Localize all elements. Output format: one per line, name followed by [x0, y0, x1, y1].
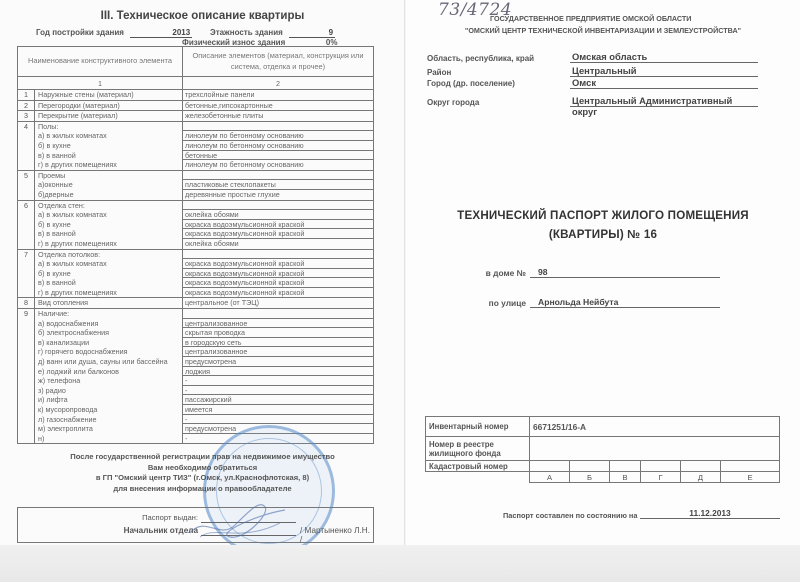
- floors-field: Этажность здания 9: [210, 28, 335, 38]
- row-value: бетонные,гипсокартонные: [183, 101, 373, 111]
- row-title: Проемы: [38, 171, 179, 181]
- table-row: 1 Наружные стены (материал) трехслойные …: [18, 90, 374, 101]
- row-value: окраска водоэмульсионной краской: [183, 269, 373, 279]
- year-built-field: Год постройки здания 2013: [36, 28, 192, 38]
- row-name: Полы: а) в жилых комнатах б) в кухне в) …: [35, 121, 183, 170]
- cadastral-row: Кадастровый номер: [426, 461, 780, 472]
- row-sub: б) электроснабжения: [38, 328, 179, 338]
- table-row: 4 Полы: а) в жилых комнатах б) в кухне в…: [18, 121, 374, 170]
- scan-bottom-edge: [0, 545, 800, 582]
- row-value: бетонные: [183, 151, 373, 161]
- cadastral-letters-row: А Б В Г Д Е: [426, 472, 780, 483]
- row-number: 5: [18, 170, 35, 200]
- row-value: пластиковые стеклопакеты: [183, 180, 373, 190]
- row-name: Отделка потолков: а) в жилых комнатах б)…: [35, 249, 183, 298]
- row-value: пассажирский: [183, 395, 373, 405]
- table-row: 8 Вид отопления центральное (от ТЭЦ): [18, 298, 374, 309]
- registration-notice: После государственной регистрации прав н…: [0, 452, 405, 494]
- okrug-value: Центральный Административный округ: [570, 95, 758, 107]
- row-number: 4: [18, 121, 35, 170]
- row-value: [183, 250, 373, 260]
- signature-icon: [185, 495, 295, 545]
- row-sub: в) в ванной: [38, 229, 179, 239]
- row-sub: в) в ванной: [38, 151, 179, 161]
- row-number: 9: [18, 309, 35, 444]
- floors-value: 9: [289, 28, 335, 38]
- row-number: 3: [18, 111, 35, 122]
- row-value: предусмотрена: [183, 357, 373, 367]
- col1-number: 1: [18, 77, 183, 90]
- row-sub: в) в ванной: [38, 278, 179, 288]
- row-value: оклейка обоями: [183, 210, 373, 220]
- row-name: Перегородки (материал): [35, 100, 183, 111]
- district-value: Центральный: [570, 65, 758, 77]
- row-sub: б) в кухне: [38, 220, 179, 230]
- registry-row: Номер в реестре жилищного фонда: [426, 437, 780, 461]
- row-number: 7: [18, 249, 35, 298]
- year-built-label: Год постройки здания: [36, 28, 124, 37]
- row-name: Перекрытие (материал): [35, 111, 183, 122]
- letter-d: Д: [681, 472, 721, 483]
- as-of-label: Паспорт составлен по состоянию на: [503, 511, 638, 520]
- row-sub: ж) телефона: [38, 376, 179, 386]
- registry-value: [530, 437, 780, 461]
- inventory-table: Инвентарный номер 6671251/16-А Номер в р…: [425, 416, 780, 483]
- letter-b: Б: [570, 472, 610, 483]
- col2-header: Описание элементов (материал, конструкци…: [183, 47, 374, 77]
- table-row: 3 Перекрытие (материал) железобетонные п…: [18, 111, 374, 122]
- signer-name: / Мартыненко Л.Н. /: [300, 526, 373, 544]
- letter-g: Г: [641, 472, 681, 483]
- cadastral-cell: [721, 461, 780, 472]
- house-value: 98: [530, 267, 720, 278]
- row-value: [183, 309, 373, 319]
- cadastral-cell: [570, 461, 610, 472]
- title-line-2: (КВАРТИРЫ) № 16: [406, 225, 800, 244]
- region-label: Область, республика, край: [427, 54, 534, 63]
- chief-label: Начальник отдела: [103, 526, 198, 535]
- row-sub: н): [38, 434, 179, 444]
- floors-label: Этажность здания: [210, 28, 283, 37]
- table-row: 9 Наличие: а) водоснабжения б) электросн…: [18, 309, 374, 444]
- row-name: Отделка стен: а) в жилых комнатах б) в к…: [35, 200, 183, 249]
- row-sub: а) в жилых комнатах: [38, 259, 179, 269]
- row-sub: г) в других помещениях: [38, 288, 179, 298]
- inventory-label: Инвентарный номер: [426, 417, 530, 437]
- row-value: железобетонные плиты: [183, 111, 373, 121]
- org-line-2: "ОМСКИЙ ЦЕНТР ТЕХНИЧЕСКОЙ ИНВЕНТАРИЗАЦИИ…: [406, 26, 800, 35]
- cadastral-cell: [681, 461, 721, 472]
- cadastral-cell: [610, 461, 641, 472]
- row-number: 1: [18, 90, 35, 101]
- inventory-row: Инвентарный номер 6671251/16-А: [426, 417, 780, 437]
- row-sub: б) в кухне: [38, 141, 179, 151]
- row-title: Наличие:: [38, 309, 179, 319]
- row-name: Наличие: а) водоснабжения б) электроснаб…: [35, 309, 183, 444]
- row-sub: к) мусоропровода: [38, 405, 179, 415]
- cadastral-cell: [641, 461, 681, 472]
- row-value: окраска водоэмульсионной краской: [183, 229, 373, 239]
- row-value: [183, 171, 373, 181]
- row-sub: м) электроплита: [38, 424, 179, 434]
- row-value: в городскую сеть: [183, 338, 373, 348]
- letter-v: В: [610, 472, 641, 483]
- notice-line: для внесения информации о правообладател…: [0, 484, 405, 495]
- table-row: 7 Отделка потолков: а) в жилых комнатах …: [18, 249, 374, 298]
- notice-line: в ГП "Омский центр ТИЗ" (г.Омск, ул.Крас…: [0, 473, 405, 484]
- notice-line: Вам необходимо обратиться: [0, 463, 405, 474]
- row-sub: з) радио: [38, 386, 179, 396]
- row-value: окраска водоэмульсионной краской: [183, 220, 373, 230]
- letter-a: А: [530, 472, 570, 483]
- row-value: централизованное: [183, 347, 373, 357]
- row-value: центральное (от ТЭЦ): [183, 298, 373, 308]
- col2-number: 2: [183, 77, 374, 90]
- row-value: скрытая проводка: [183, 328, 373, 338]
- row-title: Отделка потолков:: [38, 250, 179, 260]
- row-value: [183, 122, 373, 132]
- table-row: 2 Перегородки (материал) бетонные,гипсок…: [18, 100, 374, 111]
- okrug-label: Округ города: [427, 98, 479, 107]
- row-value: оклейка обоями: [183, 239, 373, 249]
- row-number: 8: [18, 298, 35, 309]
- registry-label: Номер в реестре жилищного фонда: [426, 437, 530, 461]
- row-sub: е) лоджий или балконов: [38, 367, 179, 377]
- description-table: Наименование конструктивного элемента Оп…: [17, 46, 374, 444]
- row-value: лоджия: [183, 367, 373, 377]
- row-name: Вид отопления: [35, 298, 183, 309]
- row-number: 2: [18, 100, 35, 111]
- row-sub: г) в других помещениях: [38, 160, 179, 170]
- row-value: линолеум по бетонному основанию: [183, 141, 373, 151]
- street-value: Арнольда Нейбута: [530, 297, 720, 308]
- row-sub: д) ванн или душа, сауны или бассейна: [38, 357, 179, 367]
- city-value: Омск: [570, 77, 758, 89]
- as-of-date: 11.12.2013: [640, 508, 780, 519]
- row-name: Наружные стены (материал): [35, 90, 183, 101]
- passport-title: ТЕХНИЧЕСКИЙ ПАСПОРТ ЖИЛОГО ПОМЕЩЕНИЯ (КВ…: [406, 206, 800, 244]
- street-label: по улице: [470, 298, 526, 308]
- left-page: III. Техническое описание квартиры Год п…: [0, 0, 405, 582]
- row-value: -: [183, 386, 373, 396]
- section-title: III. Техническое описание квартиры: [0, 10, 405, 22]
- row-name: Проемы а)оконные б)дверные: [35, 170, 183, 200]
- row-value: линолеум по бетонному основанию: [183, 160, 373, 170]
- row-sub: а) в жилых комнатах: [38, 131, 179, 141]
- row-value: централизованное: [183, 319, 373, 329]
- row-value: окраска водоэмульсионной краской: [183, 288, 373, 298]
- region-value: Омская область: [570, 51, 758, 63]
- row-value: -: [183, 376, 373, 386]
- column-number-row: 1 2: [18, 77, 374, 90]
- row-value: окраска водоэмульсионной краской: [183, 278, 373, 288]
- row-title: Отделка стен:: [38, 201, 179, 211]
- row-value: деревянные простые глухие: [183, 190, 373, 200]
- row-sub: и) лифта: [38, 395, 179, 405]
- notice-line: После государственной регистрации прав н…: [0, 452, 405, 463]
- row-sub: л) газоснабжение: [38, 415, 179, 425]
- row-sub: б) в кухне: [38, 269, 179, 279]
- header-row: Наименование конструктивного элемента Оп…: [18, 47, 374, 77]
- row-sub: а) в жилых комнатах: [38, 210, 179, 220]
- city-label: Город (др. поселение): [427, 79, 515, 88]
- row-sub: г) в других помещениях: [38, 239, 179, 249]
- col1-header: Наименование конструктивного элемента: [18, 47, 183, 77]
- year-built-value: 2013: [130, 28, 192, 38]
- row-sub: в) канализации: [38, 338, 179, 348]
- row-value: линолеум по бетонному основанию: [183, 131, 373, 141]
- row-sub: б)дверные: [38, 190, 179, 200]
- table-row: 5 Проемы а)оконные б)дверные пластиковые…: [18, 170, 374, 200]
- row-value: [183, 201, 373, 211]
- row-value: окраска водоэмульсионной краской: [183, 259, 373, 269]
- row-title: Полы:: [38, 122, 179, 132]
- title-line-1: ТЕХНИЧЕСКИЙ ПАСПОРТ ЖИЛОГО ПОМЕЩЕНИЯ: [406, 206, 800, 225]
- row-sub: а) водоснабжения: [38, 319, 179, 329]
- org-line-1: ГОСУДАРСТВЕННОЕ ПРЕДПРИЯТИЕ ОМСКОЙ ОБЛАС…: [490, 14, 691, 23]
- inventory-value: 6671251/16-А: [530, 417, 780, 437]
- house-label: в доме №: [470, 268, 526, 278]
- row-value: -: [183, 415, 373, 425]
- district-label: Район: [427, 68, 451, 77]
- row-sub: г) горячего водоснабжения: [38, 347, 179, 357]
- table-row: 6 Отделка стен: а) в жилых комнатах б) в…: [18, 200, 374, 249]
- letter-e: Е: [721, 472, 780, 483]
- cadastral-cell: [530, 461, 570, 472]
- row-value: имеется: [183, 405, 373, 415]
- row-number: 6: [18, 200, 35, 249]
- cadastral-label: Кадастровый номер: [426, 461, 530, 472]
- row-value: трехслойные панели: [183, 90, 373, 100]
- blank-cell: [426, 472, 530, 483]
- row-sub: а)оконные: [38, 180, 179, 190]
